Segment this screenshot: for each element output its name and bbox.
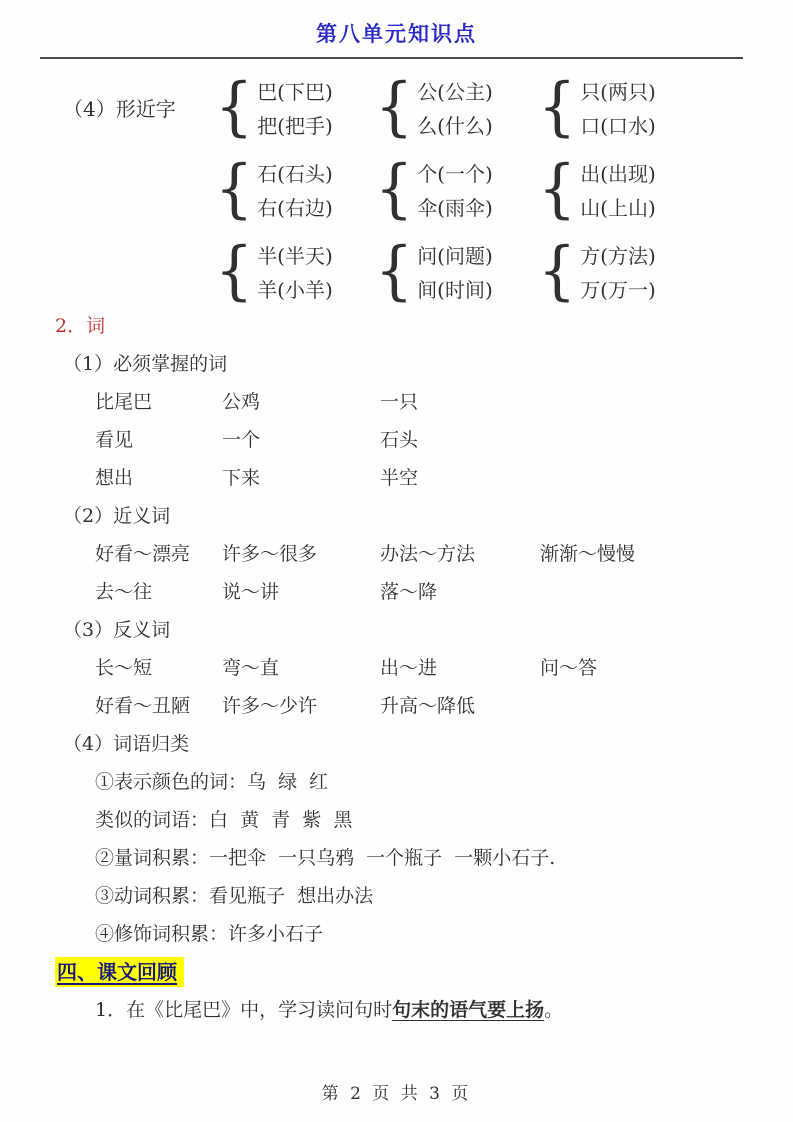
xingjinzi-group: {巴(下巴)把(把手) <box>215 75 375 143</box>
character-pair: 个(一个) <box>417 157 493 191</box>
brace-icon: { <box>215 73 253 145</box>
word-row: 比尾巴公鸡一只 <box>95 383 793 421</box>
character-pair: 么(什么) <box>417 109 493 143</box>
word-item: 许多～很多 <box>222 535 380 573</box>
word-item: 下来 <box>222 459 380 497</box>
word-item: 比尾巴 <box>95 383 222 421</box>
character-pair: 羊(小羊) <box>257 273 333 307</box>
subsection-word-categories: （4）词语归类 ①表示颜色的词：乌 绿 红类似的词语：白 黄 青 紫 黑②量词积… <box>0 725 793 953</box>
review-heading: 四、课文回顾 <box>55 957 184 987</box>
xingjinzi-group: {个(一个)伞(雨伞) <box>375 157 538 225</box>
brace-icon: { <box>375 155 413 227</box>
title-divider <box>40 57 743 59</box>
subsection-antonyms: （3）反义词 长～短弯～直出～进问～答好看～丑陋许多～少许升高～降低 <box>0 611 793 725</box>
word-item: 半空 <box>380 459 540 497</box>
character-pair: 山(上山) <box>580 191 656 225</box>
category-line: ③动词积累：看见瓶子 想出办法 <box>95 877 793 915</box>
character-pair: 公(公主) <box>417 75 493 109</box>
word-item: 许多～少许 <box>222 687 380 725</box>
xingjinzi-group: {石(石头)右(右边) <box>215 157 375 225</box>
character-pair: 伞(雨伞) <box>417 191 493 225</box>
brace-icon: { <box>538 155 576 227</box>
brace-icon: { <box>215 237 253 309</box>
word-row: 看见一个石头 <box>95 421 793 459</box>
xingjinzi-group: {半(半天)羊(小羊) <box>215 239 375 307</box>
brace-icon: { <box>538 73 576 145</box>
subsection-required-words: （1）必须掌握的词 比尾巴公鸡一只看见一个石头想出下来半空 <box>0 345 793 497</box>
character-pair: 只(两只) <box>580 75 656 109</box>
category-line: ②量词积累：一把伞 一只乌鸦 一个瓶子 一颗小石子. <box>95 839 793 877</box>
category-line: 类似的词语：白 黄 青 紫 黑 <box>95 801 793 839</box>
document-page: 第八单元知识点 （4）形近字 {巴(下巴)把(把手){公(公主)么(什么){只(… <box>0 18 793 1104</box>
word-item: 公鸡 <box>222 383 380 421</box>
word-item: 长～短 <box>95 649 222 687</box>
word-item: 弯～直 <box>222 649 380 687</box>
word-item: 想出 <box>95 459 222 497</box>
xingjinzi-group: {只(两只)口(口水) <box>538 75 656 143</box>
word-row: 好看～丑陋许多～少许升高～降低 <box>95 687 793 725</box>
review-text-prefix: 1．在《比尾巴》中，学习读问句时 <box>95 999 392 1021</box>
review-text-suffix: 。 <box>544 999 563 1021</box>
word-item: 渐渐～慢慢 <box>540 535 793 573</box>
category-line: ①表示颜色的词：乌 绿 红 <box>95 763 793 801</box>
review-item: 1．在《比尾巴》中，学习读问句时句末的语气要上扬。 <box>95 991 793 1029</box>
xingjinzi-grid: {巴(下巴)把(把手){公(公主)么(什么){只(两只)口(口水){石(石头)右… <box>215 75 656 307</box>
word-row: 想出下来半空 <box>95 459 793 497</box>
xingjinzi-group: {出(出现)山(上山) <box>538 157 656 225</box>
subsection-synonyms: （2）近义词 好看～漂亮许多～很多办法～方法渐渐～慢慢去～往说～讲落～降 <box>0 497 793 611</box>
word-rows: 比尾巴公鸡一只看见一个石头想出下来半空 <box>95 383 793 497</box>
brace-icon: { <box>375 237 413 309</box>
subsection-label: （4）词语归类 <box>63 725 793 763</box>
character-pair: 石(石头) <box>257 157 333 191</box>
word-item: 出～进 <box>380 649 540 687</box>
word-row: 长～短弯～直出～进问～答 <box>95 649 793 687</box>
character-pair: 出(出现) <box>580 157 656 191</box>
word-rows: 长～短弯～直出～进问～答好看～丑陋许多～少许升高～降低 <box>95 649 793 725</box>
page-title: 第八单元知识点 <box>0 18 793 48</box>
word-item: 去～往 <box>95 573 222 611</box>
subsection-label: （3）反义词 <box>63 611 793 649</box>
character-pair: 巴(下巴) <box>257 75 333 109</box>
subsection-label: （1）必须掌握的词 <box>63 345 793 383</box>
xingjinzi-label: （4）形近字 <box>63 75 215 307</box>
character-pair: 问(问题) <box>417 239 493 273</box>
word-item: 升高～降低 <box>380 687 540 725</box>
brace-icon: { <box>375 73 413 145</box>
word-item: 一个 <box>222 421 380 459</box>
character-pair: 半(半天) <box>257 239 333 273</box>
xingjinzi-group: {方(方法)万(万一) <box>538 239 656 307</box>
brace-icon: { <box>215 155 253 227</box>
review-emphasis: 句末的语气要上扬 <box>392 999 544 1021</box>
character-pair: 方(方法) <box>580 239 656 273</box>
xingjinzi-section: （4）形近字 {巴(下巴)把(把手){公(公主)么(什么){只(两只)口(口水)… <box>63 75 793 307</box>
character-pair: 把(把手) <box>257 109 333 143</box>
word-rows: 好看～漂亮许多～很多办法～方法渐渐～慢慢去～往说～讲落～降 <box>95 535 793 611</box>
word-section-heading: 2．词 <box>55 307 793 345</box>
word-item: 石头 <box>380 421 540 459</box>
character-pair: 右(右边) <box>257 191 333 225</box>
character-pair: 口(口水) <box>580 109 656 143</box>
word-item: 落～降 <box>380 573 540 611</box>
word-item: 好看～丑陋 <box>95 687 222 725</box>
word-item: 看见 <box>95 421 222 459</box>
word-row: 好看～漂亮许多～很多办法～方法渐渐～慢慢 <box>95 535 793 573</box>
word-item: 一只 <box>380 383 540 421</box>
category-line: ④修饰词积累：许多小石子 <box>95 915 793 953</box>
page-footer: 第 2 页 共 3 页 <box>0 1079 793 1104</box>
word-item: 问～答 <box>540 649 793 687</box>
xingjinzi-group: {问(问题)间(时间) <box>375 239 538 307</box>
review-section: 四、课文回顾 <box>55 953 793 991</box>
xingjinzi-group: {公(公主)么(什么) <box>375 75 538 143</box>
category-lines: ①表示颜色的词：乌 绿 红类似的词语：白 黄 青 紫 黑②量词积累：一把伞 一只… <box>0 763 793 953</box>
subsection-label: （2）近义词 <box>63 497 793 535</box>
brace-icon: { <box>538 237 576 309</box>
word-row: 去～往说～讲落～降 <box>95 573 793 611</box>
word-item: 好看～漂亮 <box>95 535 222 573</box>
character-pair: 间(时间) <box>417 273 493 307</box>
word-item: 办法～方法 <box>380 535 540 573</box>
word-item: 说～讲 <box>222 573 380 611</box>
character-pair: 万(万一) <box>580 273 656 307</box>
